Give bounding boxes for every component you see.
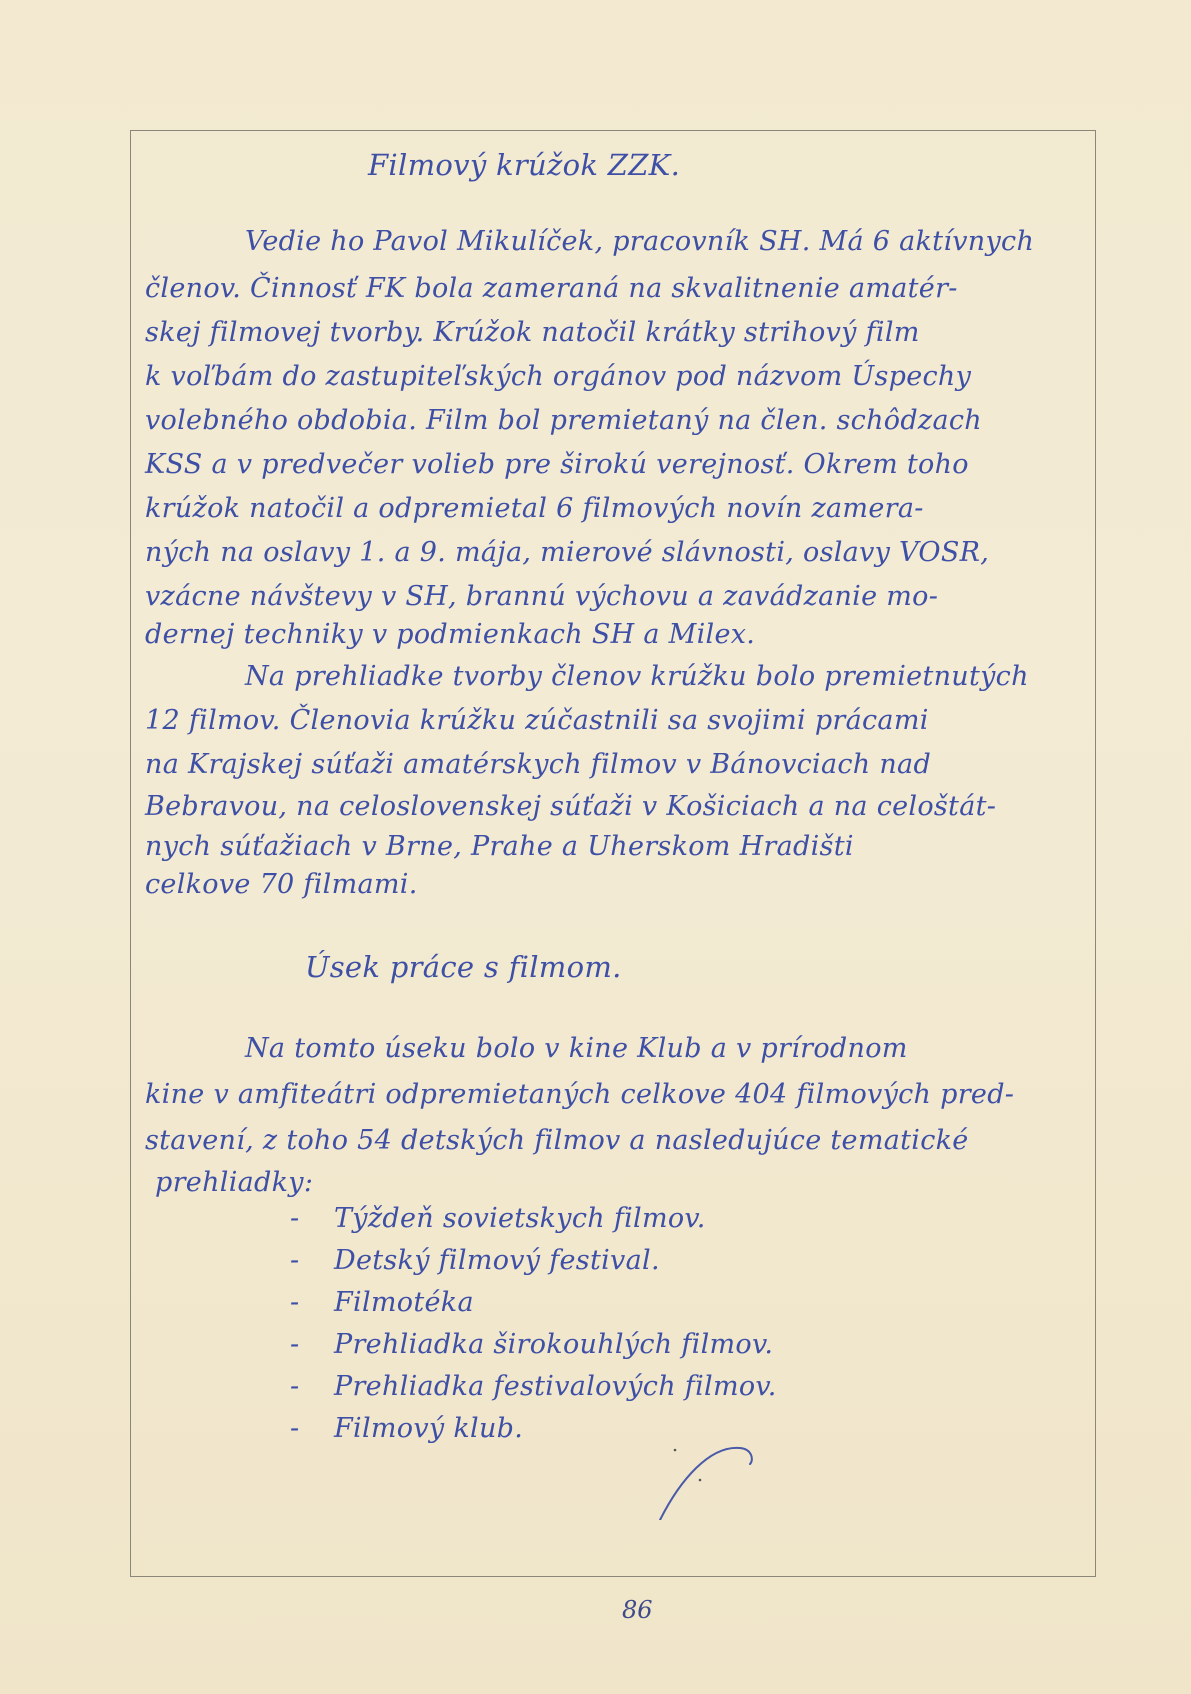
paragraph-line: stavení, z toho 54 detských filmov a nas… (145, 1124, 969, 1158)
paragraph-line: dernej techniky v podmienkach SH a Milex… (145, 618, 755, 652)
document-title: Filmový krúžok ZZK. (368, 148, 680, 182)
paragraph-line: krúžok natočil a odpremietal 6 filmových… (145, 492, 924, 526)
section-heading: Úsek práce s filmom. (305, 950, 622, 984)
list-item: -Prehliadka širokouhlých filmov. (290, 1328, 773, 1362)
list-item-text: Týždeň sovietskych filmov. (334, 1203, 706, 1234)
list-bullet: - (290, 1412, 334, 1446)
document-page: Filmový krúžok ZZK. Vedie ho Pavol Mikul… (0, 0, 1191, 1694)
list-item-text: Prehliadka širokouhlých filmov. (334, 1329, 773, 1360)
page-number: 86 (622, 1596, 653, 1624)
paragraph-line: k voľbám do zastupiteľských orgánov pod … (145, 360, 971, 394)
paragraph-line: volebného obdobia. Film bol premietaný n… (145, 404, 982, 438)
list-item: -Týždeň sovietskych filmov. (290, 1202, 706, 1236)
list-item-text: Prehliadka festivalových filmov. (334, 1371, 777, 1402)
list-item: -Detský filmový festival. (290, 1244, 660, 1278)
paragraph-line: nych súťažiach v Brne, Prahe a Uherskom … (145, 830, 854, 864)
list-item: -Filmotéka (290, 1286, 474, 1320)
list-bullet: - (290, 1328, 334, 1362)
paragraph-line: KSS a v predvečer volieb pre širokú vere… (145, 448, 969, 482)
paragraph-line: členov. Činnosť FK bola zameraná na skva… (145, 272, 958, 306)
paragraph-line: 12 filmov. Členovia krúžku zúčastnili sa… (145, 704, 929, 738)
list-bullet: - (290, 1244, 334, 1278)
paragraph-line: prehliadky: (155, 1166, 313, 1200)
list-item: -Filmový klub. (290, 1412, 523, 1446)
paragraph-line: vzácne návštevy v SH, brannú výchovu a z… (145, 580, 938, 614)
paragraph-line: skej filmovej tvorby. Krúžok natočil krá… (145, 316, 920, 350)
list-bullet: - (290, 1202, 334, 1236)
list-item-text: Filmotéka (334, 1287, 474, 1318)
paragraph-line: Na prehliadke tvorby členov krúžku bolo … (245, 660, 1029, 694)
list-bullet: - (290, 1286, 334, 1320)
list-item-text: Detský filmový festival. (334, 1245, 660, 1276)
signature-mark (640, 1440, 760, 1520)
paragraph-line: Bebravou, na celoslovenskej súťaži v Koš… (145, 790, 996, 824)
list-item-text: Filmový klub. (334, 1413, 523, 1444)
paragraph-line: kine v amfiteátri odpremietaných celkove… (145, 1078, 1014, 1112)
paragraph-line: na Krajskej súťaži amatérskych filmov v … (145, 748, 931, 782)
paragraph-line: ných na oslavy 1. a 9. mája, mierové slá… (145, 536, 989, 570)
paragraph-line: celkove 70 filmami. (145, 868, 418, 902)
paragraph-line: Na tomto úseku bolo v kine Klub a v prír… (245, 1032, 908, 1066)
list-item: -Prehliadka festivalových filmov. (290, 1370, 777, 1404)
list-bullet: - (290, 1370, 334, 1404)
paragraph-line: Vedie ho Pavol Mikulíček, pracovník SH. … (245, 225, 1034, 259)
